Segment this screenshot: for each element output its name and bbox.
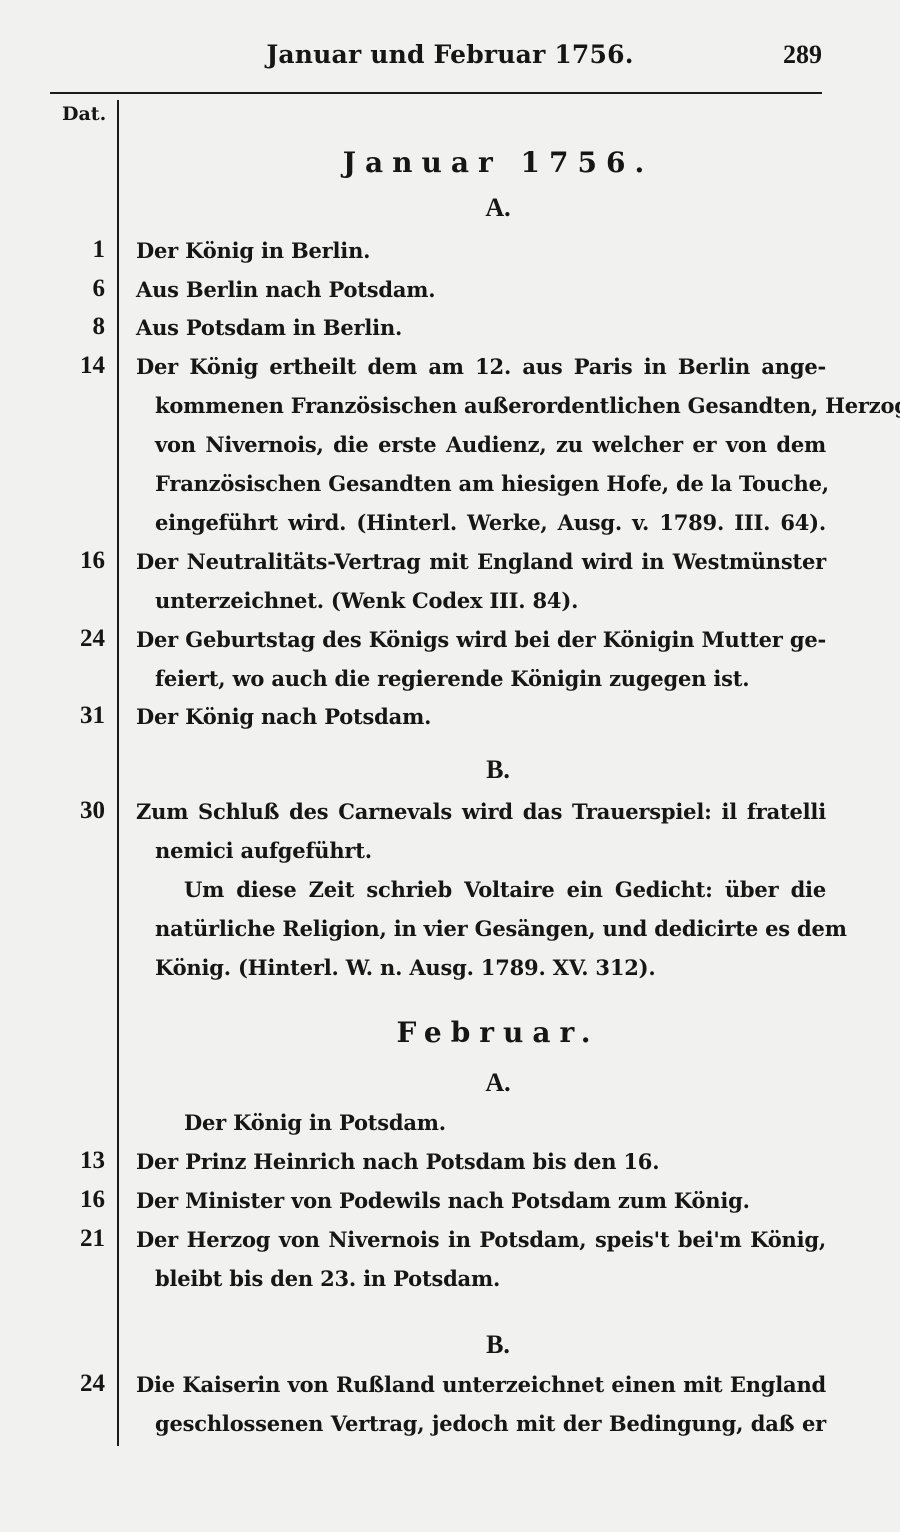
entry-text: Der König nach Potsdam. <box>136 704 826 729</box>
entry-text: natürliche Religion, in vier Gesängen, u… <box>155 916 826 941</box>
entry-row: 1 Der König in Berlin. <box>0 236 900 274</box>
entry-date: 13 <box>80 1147 105 1175</box>
entry-text: Der Neutralitäts-Vertrag mit England wir… <box>136 549 826 574</box>
section-heading-b: B. <box>118 1330 878 1360</box>
entry-continuation: von Nivernois, die erste Audienz, zu wel… <box>0 430 900 468</box>
month-heading-februar: Februar. <box>118 1016 878 1049</box>
entry-text: von Nivernois, die erste Audienz, zu wel… <box>155 432 826 457</box>
entry-text: Französischen Gesandten am hiesigen Hofe… <box>155 471 826 496</box>
entry-date: 16 <box>80 547 105 575</box>
entry-text: Der Prinz Heinrich nach Potsdam bis den … <box>136 1149 826 1174</box>
entry-continuation: eingeführt wird. (Hinterl. Werke, Ausg. … <box>0 508 900 546</box>
entry-text: eingeführt wird. (Hinterl. Werke, Ausg. … <box>155 510 826 535</box>
running-head: Januar und Februar 1756. 289 <box>0 40 900 80</box>
page-number: 289 <box>783 40 822 70</box>
entry-date: 1 <box>93 236 106 264</box>
entry-text: feiert, wo auch die regierende Königin z… <box>155 666 826 691</box>
section-heading-a: A. <box>118 193 878 223</box>
entry-date: 21 <box>80 1225 105 1253</box>
entry-date: 30 <box>80 797 105 825</box>
entry-row: 8 Aus Potsdam in Berlin. <box>0 313 900 351</box>
entry-text: Der Herzog von Nivernois in Potsdam, spe… <box>136 1227 826 1252</box>
entry-row: 13 Der Prinz Heinrich nach Potsdam bis d… <box>0 1147 900 1185</box>
entry-date: 14 <box>80 352 105 380</box>
paragraph-line: König. (Hinterl. W. n. Ausg. 1789. XV. 3… <box>0 953 900 991</box>
entry-text: geschlossenen Vertrag, jedoch mit der Be… <box>155 1411 826 1436</box>
entry-text: nemici aufgeführt. <box>155 838 826 863</box>
entry-continuation: geschlossenen Vertrag, jedoch mit der Be… <box>0 1409 900 1447</box>
entry-continuation: nemici aufgeführt. <box>0 836 900 874</box>
entry-row: 21 Der Herzog von Nivernois in Potsdam, … <box>0 1225 900 1263</box>
entry-text: Der Geburtstag des Königs wird bei der K… <box>136 627 826 652</box>
section-heading-a: A. <box>118 1068 878 1098</box>
entry-text: König. (Hinterl. W. n. Ausg. 1789. XV. 3… <box>155 955 826 980</box>
entry-row: 14 Der König ertheilt dem am 12. aus Par… <box>0 352 900 390</box>
section-heading-b: B. <box>118 755 878 785</box>
entry-text: unterzeichnet. (Wenk Codex III. 84). <box>155 588 826 613</box>
entry-text: Der Minister von Podewils nach Potsdam z… <box>136 1188 826 1213</box>
month-heading-januar: Januar 1756. <box>118 146 878 179</box>
entry-date: 16 <box>80 1186 105 1214</box>
header-rule <box>50 92 822 94</box>
entry-row: 16 Der Neutralitäts-Vertrag mit England … <box>0 547 900 585</box>
entry-row: 6 Aus Berlin nach Potsdam. <box>0 275 900 313</box>
entry-text: Der König in Potsdam. <box>184 1110 826 1135</box>
paragraph-line: Der König in Potsdam. <box>0 1108 900 1146</box>
entry-text: Die Kaiserin von Rußland unterzeichnet e… <box>136 1372 826 1397</box>
entry-row: 24 Der Geburtstag des Königs wird bei de… <box>0 625 900 663</box>
entry-text: Aus Berlin nach Potsdam. <box>136 277 826 302</box>
entry-continuation: kommenen Französischen außerordentlichen… <box>0 391 900 429</box>
entry-row: 24 Die Kaiserin von Rußland unterzeichne… <box>0 1370 900 1408</box>
entry-row: 30 Zum Schluß des Carnevals wird das Tra… <box>0 797 900 835</box>
entry-continuation: unterzeichnet. (Wenk Codex III. 84). <box>0 586 900 624</box>
entry-continuation: feiert, wo auch die regierende Königin z… <box>0 664 900 702</box>
entry-continuation: bleibt bis den 23. in Potsdam. <box>0 1264 900 1302</box>
entry-date: 24 <box>80 625 105 653</box>
entry-date: 8 <box>93 313 106 341</box>
entry-date: 24 <box>80 1370 105 1398</box>
entry-date: 6 <box>93 275 106 303</box>
entry-text: kommenen Französischen außerordentlichen… <box>155 393 826 418</box>
entry-row: 16 Der Minister von Podewils nach Potsda… <box>0 1186 900 1224</box>
running-title: Januar und Februar 1756. <box>0 40 900 69</box>
entry-text: Der König in Berlin. <box>136 238 826 263</box>
entry-text: Um diese Zeit schrieb Voltaire ein Gedic… <box>184 877 826 902</box>
book-page: Januar und Februar 1756. 289 Dat. Januar… <box>0 0 900 1532</box>
paragraph-line: Um diese Zeit schrieb Voltaire ein Gedic… <box>0 875 900 913</box>
entry-text: Der König ertheilt dem am 12. aus Paris … <box>136 354 826 379</box>
entry-continuation: Französischen Gesandten am hiesigen Hofe… <box>0 469 900 507</box>
entry-date: 31 <box>80 702 105 730</box>
paragraph-line: natürliche Religion, in vier Gesängen, u… <box>0 914 900 952</box>
date-column-header: Dat. <box>62 103 106 125</box>
entry-text: Aus Potsdam in Berlin. <box>136 315 826 340</box>
entry-row: 31 Der König nach Potsdam. <box>0 702 900 740</box>
entry-text: bleibt bis den 23. in Potsdam. <box>155 1266 826 1291</box>
entry-text: Zum Schluß des Carnevals wird das Trauer… <box>136 799 826 824</box>
